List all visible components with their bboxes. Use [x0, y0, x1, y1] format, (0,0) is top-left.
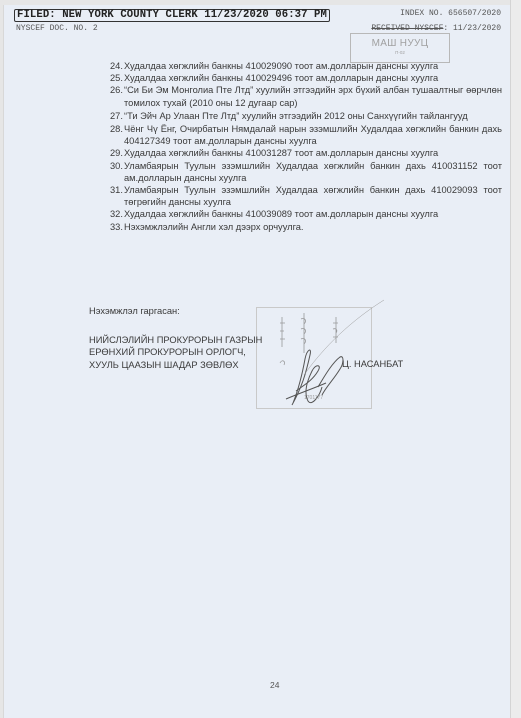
list-item: 25.Худалдаа хөгжлийн банкны 410029496 то… — [110, 72, 502, 84]
list-item: 28.Чёнг Чү Ёнг, Очирбатын Нямдалай нарын… — [110, 123, 502, 147]
signatory-line-1: НИЙСЛЭЛИЙН ПРОКУРОРЫН ГАЗРЫН — [89, 334, 262, 346]
list-item-number: 32. — [110, 208, 124, 220]
list-item: 24.Худалдаа хөгжлийн банкны 410029090 то… — [110, 60, 502, 72]
list-item-number: 26. — [110, 84, 124, 108]
secret-stamp-label: МАШ НУУЦ — [351, 38, 449, 49]
list-item-text: “Си Би Эм Монголиа Пте Лтд” хуулийн этгэ… — [124, 84, 502, 108]
secret-stamp: МАШ НУУЦ П-02 — [350, 33, 450, 63]
received-value: : 11/23/2020 — [443, 24, 501, 33]
list-item-text: Худалдаа хөгжлийн банкны 410031287 тоот … — [124, 147, 502, 159]
signatory-line-3: ХУУЛЬ ЦААЗЫН ШАДАР ЗӨВЛӨХ — [89, 359, 262, 371]
claimant-label: Нэхэмжлэл гаргасан: — [89, 306, 180, 316]
list-item: 26.“Си Би Эм Монголиа Пте Лтд” хуулийн э… — [110, 84, 502, 108]
list-item-number: 27. — [110, 110, 124, 122]
list-item-text: Нэхэмжлэлийн Англи хэл дээрх орчуулга. — [124, 221, 502, 233]
document-page: FILED: NEW YORK COUNTY CLERK 11/23/2020 … — [3, 5, 511, 718]
list-item-text: Чёнг Чү Ёнг, Очирбатын Нямдалай нарын эз… — [124, 123, 502, 147]
page-edge — [510, 0, 521, 718]
list-item-text: Худалдаа хөгжлийн банкны 410029496 тоот … — [124, 72, 502, 84]
list-item-number: 29. — [110, 147, 124, 159]
signatory-title: НИЙСЛЭЛИЙН ПРОКУРОРЫН ГАЗРЫН ЕРӨНХИЙ ПРО… — [89, 334, 262, 371]
list-item-number: 24. — [110, 60, 124, 72]
list-item-text: Уламбаярын Туулын эзэмшлийн Худалдаа хөг… — [124, 184, 502, 208]
list-item-text: Худалдаа хөгжлийн банкны 410029090 тоот … — [124, 60, 502, 72]
list-item: 33.Нэхэмжлэлийн Англи хэл дээрх орчуулга… — [110, 221, 502, 233]
list-item-number: 25. — [110, 72, 124, 84]
list-item-text: Худалдаа хөгжлийн банкны 410039089 тоот … — [124, 208, 502, 220]
signer-name: Ц. НАСАНБАТ — [342, 359, 403, 369]
doc-number: NYSCEF DOC. NO. 2 — [16, 24, 98, 33]
list-item: 27.“Ти Эйч Ар Улаан Пте Лтд” хуулийн этг… — [110, 110, 502, 122]
signatory-line-2: ЕРӨНХИЙ ПРОКУРОРЫН ОРЛОГЧ, — [89, 346, 262, 358]
list-item: 32.Худалдаа хөгжлийн банкны 410039089 то… — [110, 208, 502, 220]
stamp-number: 1701177 — [304, 395, 323, 401]
signature-stamp-icon: 1701177 — [234, 295, 434, 420]
list-item-number: 28. — [110, 123, 124, 147]
page-number: 24 — [270, 680, 279, 690]
list-item: 30.Уламбаярын Туулын эзэмшлийн Худалдаа … — [110, 160, 502, 184]
list-item-text: Уламбаярын Туулын эзэмшлийн Худалдаа хөг… — [124, 160, 502, 184]
list-item: 29.Худалдаа хөгжлийн банкны 410031287 то… — [110, 147, 502, 159]
list-item-text: “Ти Эйч Ар Улаан Пте Лтд” хуулийн этгээд… — [124, 110, 502, 122]
list-item-number: 33. — [110, 221, 124, 233]
attachment-list: 24.Худалдаа хөгжлийн банкны 410029090 то… — [110, 60, 502, 233]
list-item-number: 30. — [110, 160, 124, 184]
index-number: INDEX NO. 656507/2020 — [400, 9, 501, 18]
list-item-number: 31. — [110, 184, 124, 208]
secret-stamp-code: П-02 — [351, 50, 449, 55]
list-item: 31.Уламбаярын Туулын эзэмшлийн Худалдаа … — [110, 184, 502, 208]
received-label: RECEIVED NYSCEF — [371, 24, 443, 33]
received-date: RECEIVED NYSCEF: 11/23/2020 — [371, 24, 501, 33]
filed-header: FILED: NEW YORK COUNTY CLERK 11/23/2020 … — [14, 9, 330, 22]
